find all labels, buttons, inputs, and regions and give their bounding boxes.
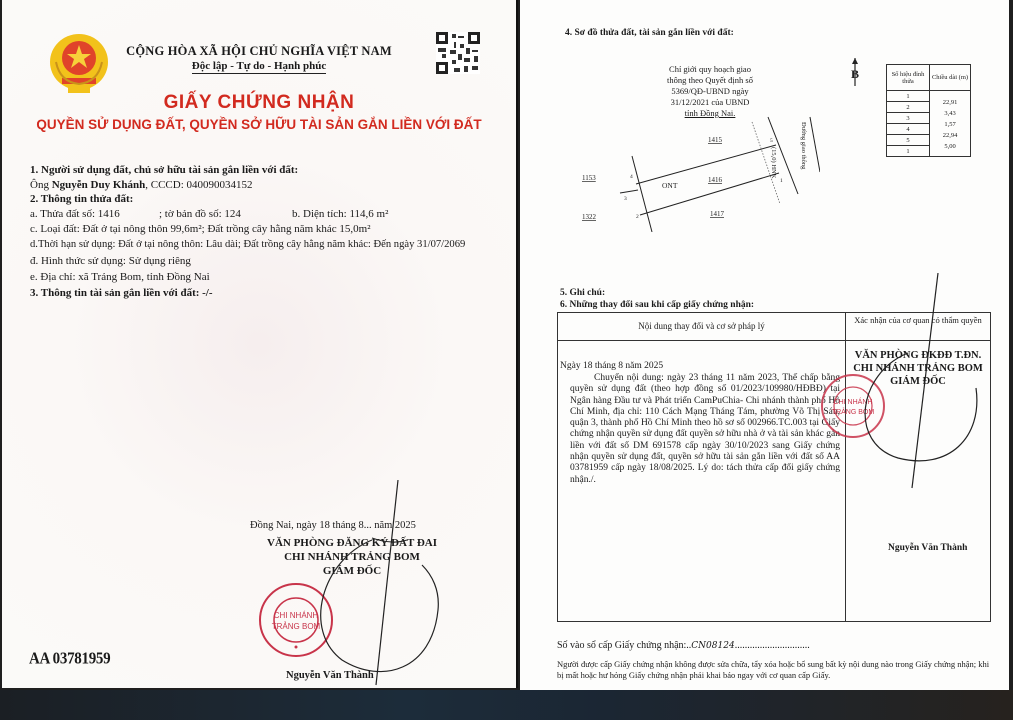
table-header: Chiều dài (m)	[930, 65, 971, 91]
svg-text:2: 2	[636, 214, 639, 220]
svg-text:Đường giao thông: Đường giao thông	[800, 122, 807, 170]
signature-scribble-icon	[828, 273, 988, 493]
owner-id: , CCCD: 040090034152	[145, 179, 252, 191]
svg-text:4: 4	[630, 174, 633, 180]
usage-term: d.Thời hạn sử dụng: Đất ở tại nông thôn:…	[30, 238, 465, 252]
qr-code-icon[interactable]	[436, 32, 480, 74]
table-cell: 1	[887, 91, 930, 102]
land-address: e. Địa chỉ: xã Trảng Bom, tỉnh Đồng Nai	[30, 270, 210, 284]
table-cell: 2	[887, 102, 930, 113]
usage-form: đ. Hình thức sử dụng: Sử dụng riêng	[30, 254, 191, 268]
map-sheet: ; tờ bản đồ số: 124	[159, 207, 241, 221]
svg-text:1322: 1322	[582, 213, 597, 221]
registry-value: CN08124	[691, 641, 734, 651]
table-cell: 4	[887, 124, 930, 135]
section-2-heading: 2. Thông tin thửa đất:	[30, 192, 133, 206]
north-arrow-icon: B	[848, 58, 862, 86]
certificate-subtitle: QUYỀN SỬ DỤNG ĐẤT, QUYỀN SỞ HỮU TÀI SẢN …	[2, 117, 516, 132]
svg-text:5: 5	[770, 138, 773, 144]
svg-text:3: 3	[624, 196, 627, 202]
confirming-signer: Nguyễn Văn Thành	[888, 543, 967, 553]
section-1-heading: 1. Người sử dụng đất, chủ sở hữu tài sản…	[30, 163, 298, 177]
parcel-diagram: 1415 1416 ONT 1417 1153 1322 (15,0) HNK …	[580, 112, 820, 232]
warning-note: Người được cấp Giấy chứng nhận không đượ…	[557, 659, 997, 681]
signature-scribble-icon	[282, 480, 452, 688]
length-column: 22,91 3,43 1,57 22,94 5,00	[930, 91, 971, 157]
svg-text:ONT: ONT	[662, 181, 678, 190]
section-5-heading: 5. Ghi chú:	[560, 288, 605, 298]
planning-note: Chỉ giới quy hoạch giao thông theo Quyết…	[660, 64, 760, 119]
land-area: b. Diện tích: 114,6 m²	[292, 207, 388, 221]
certificate-title: GIẤY CHỨNG NHẬN	[2, 92, 516, 114]
land-type: c. Loại đất: Đất ở tại nông thôn 99,6m²;…	[30, 222, 371, 236]
background-strip	[0, 690, 1013, 720]
table-cell: 1	[887, 146, 930, 157]
svg-text:B: B	[851, 67, 859, 81]
certificate-front-page: CỘNG HÒA XÃ HỘI CHỦ NGHĨA VIỆT NAM Độc l…	[2, 0, 518, 688]
svg-text:1415: 1415	[708, 136, 723, 144]
owner-name: Nguyễn Duy Khánh	[52, 179, 146, 191]
section-3-heading: 3. Thông tin tài sản gắn liền với đất: -…	[30, 286, 213, 300]
owner-line: Ông Nguyễn Duy Khánh, CCCD: 040090034152	[30, 178, 253, 192]
section-4-heading: 4. Sơ đồ thửa đất, tài sản gắn liền với …	[565, 28, 734, 38]
svg-text:1417: 1417	[710, 210, 725, 218]
svg-text:1: 1	[780, 178, 783, 184]
svg-text:(15,0) HNK: (15,0) HNK	[770, 147, 777, 179]
section-6-heading: 6. Những thay đổi sau khi cấp giấy chứng…	[560, 300, 754, 310]
parcel-number: 1416	[98, 208, 120, 220]
registry-number: Số vào sổ cấp Giấy chứng nhận:..CN08124.…	[557, 640, 810, 651]
table-cell: 3	[887, 113, 930, 124]
signer-name: Nguyễn Văn Thành	[286, 670, 374, 681]
parcel-label: a. Thửa đất số: 1416	[30, 207, 120, 221]
change-entry-date: Ngày 18 tháng 8 năm 2025	[560, 361, 663, 371]
change-entry-text: Chuyển nội dung: ngày 23 tháng 11 năm 20…	[570, 373, 840, 486]
table-cell: 5	[887, 135, 930, 146]
column-header-content: Nội dung thay đổi và cơ sở pháp lý	[558, 321, 845, 331]
certificate-serial: AA 03781959	[29, 650, 110, 669]
certificate-back-page: 4. Sơ đồ thửa đất, tài sản gắn liền với …	[520, 0, 1009, 690]
changes-table: Nội dung thay đổi và cơ sở pháp lý Xác n…	[557, 312, 991, 622]
vertex-length-table: Số hiệu đỉnh thửa Chiều dài (m) 1 22,91 …	[886, 64, 971, 157]
svg-text:1153: 1153	[582, 174, 596, 182]
svg-text:1416: 1416	[708, 176, 723, 184]
table-header: Số hiệu đỉnh thửa	[887, 65, 930, 91]
